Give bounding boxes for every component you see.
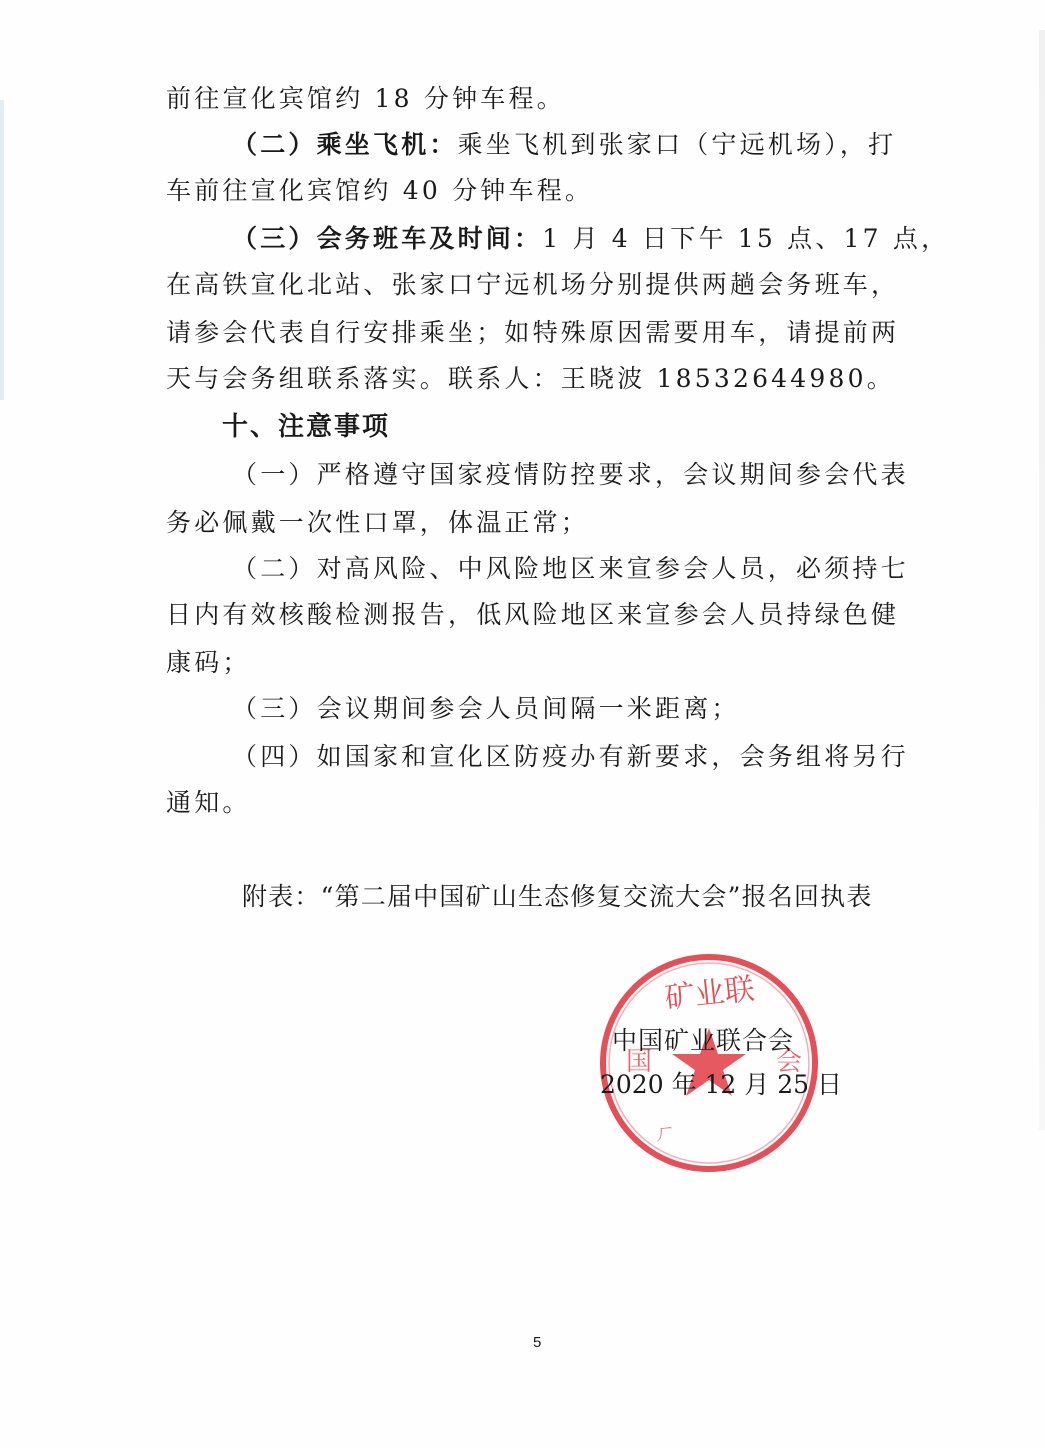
attachment-note: 附表：“第二届中国矿山生态修复交流大会”报名回执表 — [242, 880, 873, 914]
section-heading: 十、注意事项 — [222, 410, 390, 444]
item-label-flight: （二）乘坐飞机： — [232, 130, 458, 159]
note-line: （四）如国家和宣化区防疫办有新要求，会务组将另行 — [232, 740, 982, 774]
note-line: （二）对高风险、中风险地区来宣参会人员，必须持七 — [232, 552, 982, 586]
document-page: 前往宣化宾馆约 18 分钟车程。 （二）乘坐飞机：乘坐飞机到张家口（宁远机场），… — [0, 0, 1045, 1448]
note-line: （一）严格遵守国家疫情防控要求，会议期间参会代表 — [232, 458, 982, 492]
note-line: （三）会议期间参会人员间隔一米距离； — [232, 692, 982, 726]
official-seal-icon: 矿业联 国 会 ㄏ — [596, 950, 822, 1176]
scan-edge-right — [1039, 30, 1045, 1130]
text-line: 在高铁宣化北站、张家口宁远机场分别提供两趟会务班车， — [166, 268, 916, 302]
signature-organization: 中国矿业联合会 — [612, 1024, 794, 1058]
item-label-shuttle: （三）会务班车及时间： — [232, 224, 542, 253]
signature-date: 2020 年 12 月 25 日 — [600, 1068, 842, 1102]
scan-edge-left — [0, 100, 4, 400]
svg-text:ㄏ: ㄏ — [654, 1121, 676, 1146]
item-text: 乘坐飞机到张家口（宁远机场），打 — [458, 130, 897, 159]
text-line: （二）乘坐飞机：乘坐飞机到张家口（宁远机场），打 — [232, 128, 982, 162]
text-line: 前往宣化宾馆约 18 分钟车程。 — [166, 82, 916, 116]
note-line: 康码； — [166, 646, 916, 680]
note-line: 务必佩戴一次性口罩，体温正常； — [166, 506, 916, 540]
note-line: 通知。 — [166, 786, 916, 820]
svg-text:矿业联: 矿业联 — [663, 972, 756, 1016]
text-line: 天与会务组联系落实。联系人：王晓波 18532644980。 — [166, 362, 916, 396]
item-text: 1 月 4 日下午 15 点、17 点， — [542, 224, 949, 253]
text-line: 请参会代表自行安排乘坐；如特殊原因需要用车，请提前两 — [166, 316, 916, 350]
text-line: （三）会务班车及时间：1 月 4 日下午 15 点、17 点， — [232, 222, 982, 256]
page-number: 5 — [533, 1334, 541, 1351]
text-line: 车前往宣化宾馆约 40 分钟车程。 — [166, 174, 916, 208]
note-line: 日内有效核酸检测报告，低风险地区来宣参会人员持绿色健 — [166, 598, 916, 632]
